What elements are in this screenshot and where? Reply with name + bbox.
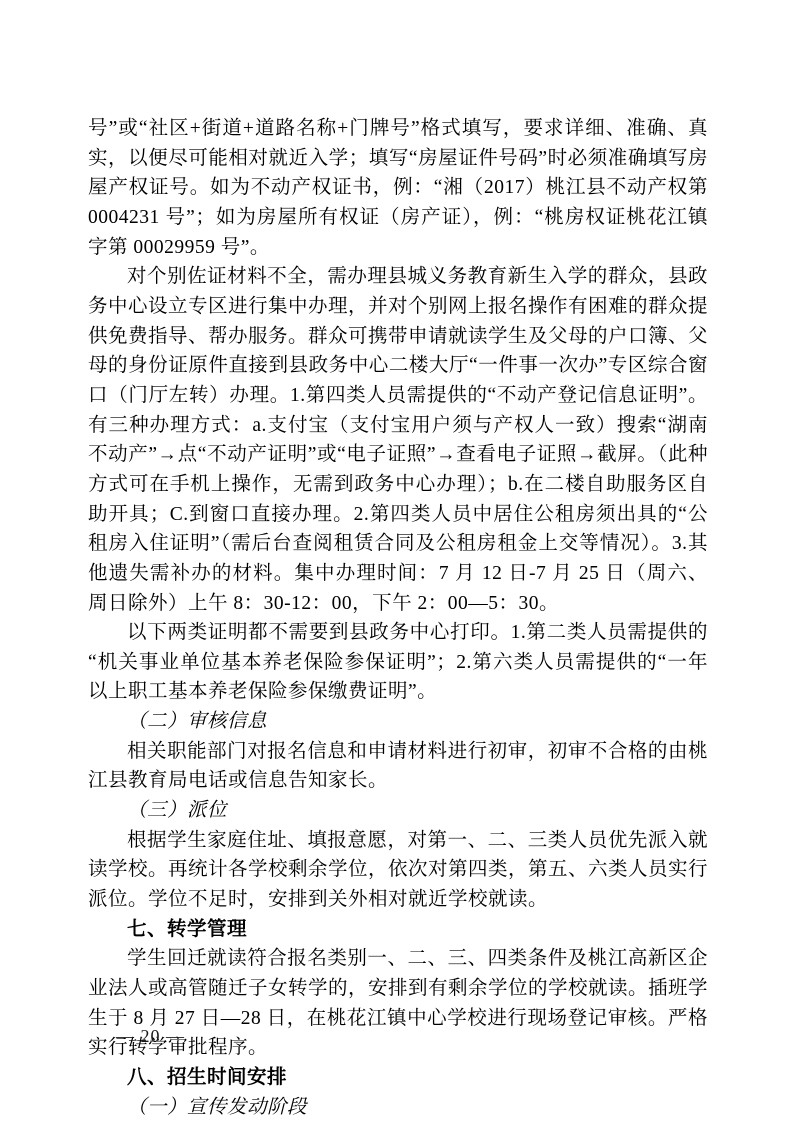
- paragraph-placement: 根据学生家庭住址、填报意愿，对第一、二、三类人员优先派入就读学校。再统计各学校剩…: [88, 826, 708, 915]
- section-heading-transfer-management: 七、转学管理: [88, 915, 708, 945]
- subsection-heading-placement: （三）派位: [88, 796, 708, 826]
- paragraph-service-center: 对个别佐证材料不全，需办理县城义务教育新生入学的群众，县政务中心设立专区进行集中…: [88, 262, 708, 618]
- paragraph-address-format: 号”或“社区+街道+道路名称+门牌号”格式填写，要求详细、准确、真实，以便尽可能…: [88, 114, 708, 262]
- document-page: 号”或“社区+街道+道路名称+门牌号”格式填写，要求详细、准确、真实，以便尽可能…: [0, 0, 793, 1122]
- section-heading-enrollment-schedule: 八、招生时间安排: [88, 1063, 708, 1093]
- document-body: 号”或“社区+街道+道路名称+门牌号”格式填写，要求详细、准确、真实，以便尽可能…: [88, 114, 708, 1122]
- paragraph-two-certificates: 以下两类证明都不需要到县政务中心打印。1.第二类人员需提供的“机关事业单位基本养…: [88, 618, 708, 707]
- page-number: — 20 —: [116, 1024, 185, 1048]
- subsection-heading-publicity-phase: （一）宣传发动阶段: [88, 1093, 708, 1122]
- paragraph-review-info: 相关职能部门对报名信息和申请材料进行初审，初审不合格的由桃江县教育局电话或信息告…: [88, 737, 708, 796]
- subsection-heading-review-info: （二）审核信息: [88, 707, 708, 737]
